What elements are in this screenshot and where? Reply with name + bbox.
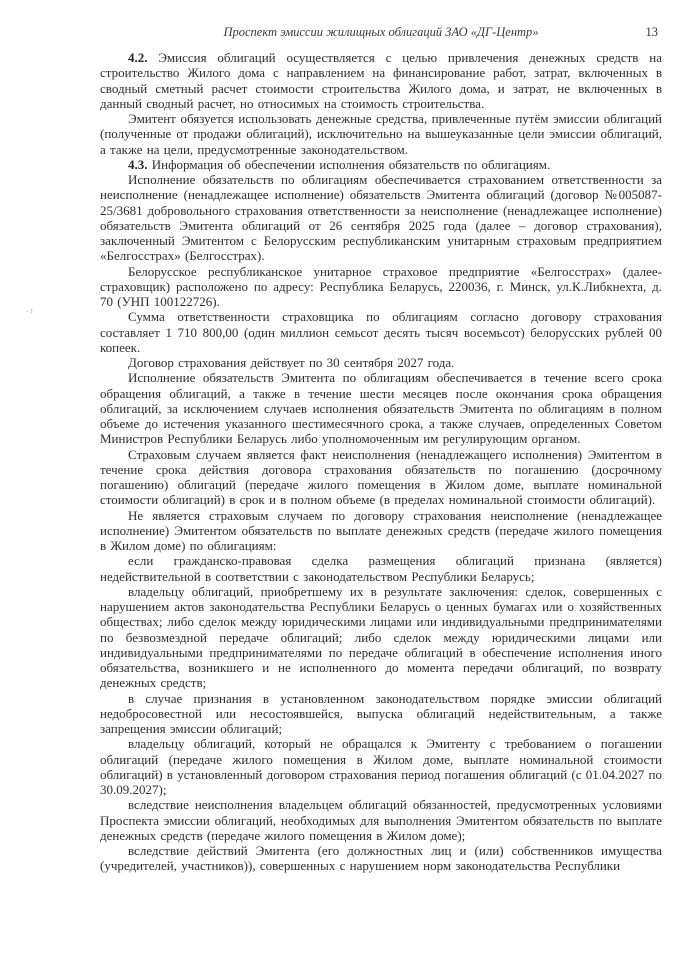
paragraph: вследствие действий Эмитента (его должно… [100,843,662,874]
document-page: Проспект эмиссии жилищных облигаций ЗАО … [0,0,679,960]
paragraph: Сумма ответственности страховщика по обл… [100,309,662,355]
paragraph: Не является страховым случаем по договор… [100,508,662,554]
page-number: 13 [646,25,659,40]
document-title: Проспект эмиссии жилищных облигаций ЗАО … [100,25,662,40]
clause-number: 4.3. [128,157,152,172]
paragraph: Исполнение обязательств Эмитента по обли… [100,370,662,446]
running-header: Проспект эмиссии жилищных облигаций ЗАО … [100,25,662,40]
paragraph: если гражданско-правовая сделка размещен… [100,553,662,584]
paragraph: 4.2. Эмиссия облигаций осуществляется с … [100,50,662,111]
clause-number: 4.2. [128,50,158,65]
document-body: 4.2. Эмиссия облигаций осуществляется с … [100,50,662,874]
paragraph: Страховым случаем является факт неисполн… [100,447,662,508]
paragraph: в случае признания в установленном закон… [100,691,662,737]
paragraph: Договор страхования действует по 30 сент… [100,355,662,370]
paragraph: Исполнение обязательств по облигациям об… [100,172,662,264]
paragraph: Эмитент обязуется использовать денежные … [100,111,662,157]
paragraph: Белорусское республиканское унитарное ст… [100,264,662,310]
paragraph: 4.3. Информация об обеспечении исполнени… [100,157,662,172]
paragraph: владельцу облигаций, который не обращалс… [100,736,662,797]
scan-artifact: -т [26,306,35,316]
paragraph: вследствие неисполнения владельцем облиг… [100,797,662,843]
paragraph: владельцу облигаций, приобретшему их в р… [100,584,662,691]
